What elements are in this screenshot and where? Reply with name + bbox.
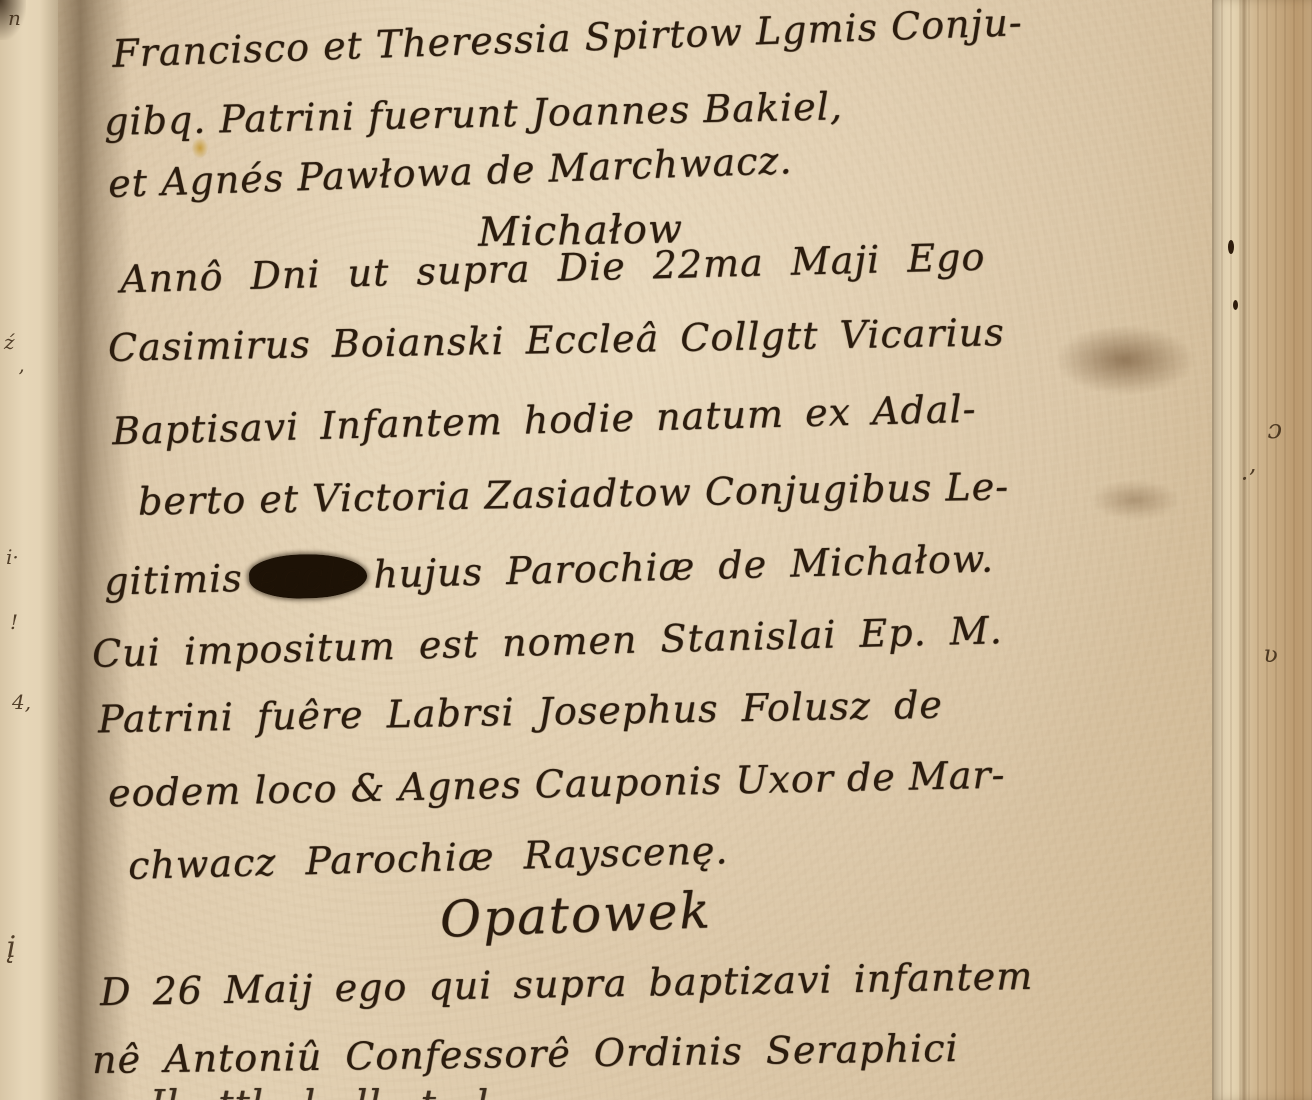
page-edge-crease [1240, 0, 1248, 1100]
margin-ink-mark: ɔ [1267, 415, 1282, 445]
manuscript-line-entry1-2: Casimirus Boianski Eccleâ Collgtt Vicari… [108, 310, 1005, 370]
margin-ink-mark: i· [6, 545, 19, 569]
book-page-edges [1212, 0, 1312, 1100]
manuscript-line-entry2-3-clipped: Il ttl l ll t l [150, 1082, 489, 1100]
line-text: gitimis [104, 556, 244, 604]
manuscript-line-prev-2: gibq. Patrini fuerunt Joannes Bakiel, [104, 84, 844, 143]
margin-ink-mark: į [6, 930, 16, 965]
manuscript-line-entry1-6: Cui impositum est nomen Stanislai Ep. M. [92, 608, 1004, 676]
margin-ink-mark: ’ [18, 365, 24, 389]
manuscript-line-prev-1: Francisco et Theressia Spirtow Lgmis Con… [112, 0, 1024, 76]
manuscript-line-entry1-7: Patrini fuêre Labrsi Josephus Folusz de [98, 683, 943, 742]
margin-ink-mark: 4, [12, 690, 31, 714]
margin-ink-mark: ·’ [1241, 465, 1256, 493]
edge-ink-speck [1228, 240, 1234, 254]
line-text: hujus Parochiæ de Michałow. [373, 536, 995, 596]
margin-ink-mark: ʋ [1263, 640, 1278, 668]
ink-smudge [1055, 325, 1195, 395]
edge-ink-speck [1233, 300, 1238, 310]
margin-ink-mark: n [8, 6, 21, 30]
manuscript-line-entry1-9: chwacz Parochiæ Rayscenę. [128, 828, 729, 888]
crossed-out-word: eccle [248, 553, 368, 600]
margin-ink-mark: ! [10, 610, 18, 634]
ink-smudge [1090, 480, 1180, 520]
heading-opatowek: Opatowek [439, 881, 713, 948]
manuscript-line-entry2-2: nê Antoniû Confessorê Ordinis Seraphici [92, 1026, 959, 1082]
manuscript-line-entry2-1: D 26 Maij ego qui supra baptizavi infant… [100, 954, 1034, 1014]
manuscript-line-entry1-5: gitimisecclehujus Parochiæ de Michałow. [104, 536, 995, 603]
manuscript-line-prev-3: et Agnés Pawłowa de Marchwacz. [107, 138, 793, 206]
manuscript-line-entry1-8: eodem loco & Agnes Cauponis Uxor de Mar- [108, 753, 1006, 816]
manuscript-line-entry1-4: berto et Victoria Zasiadtow Conjugibus L… [138, 464, 1010, 523]
manuscript-scan: n ź ’ i· ! 4, į ɔ ·’ ʋ Francisco et Ther… [0, 0, 1312, 1100]
margin-ink-mark: ź [4, 330, 15, 354]
manuscript-line-entry1-3: Baptisavi Infantem hodie natum ex Adal- [112, 387, 977, 454]
